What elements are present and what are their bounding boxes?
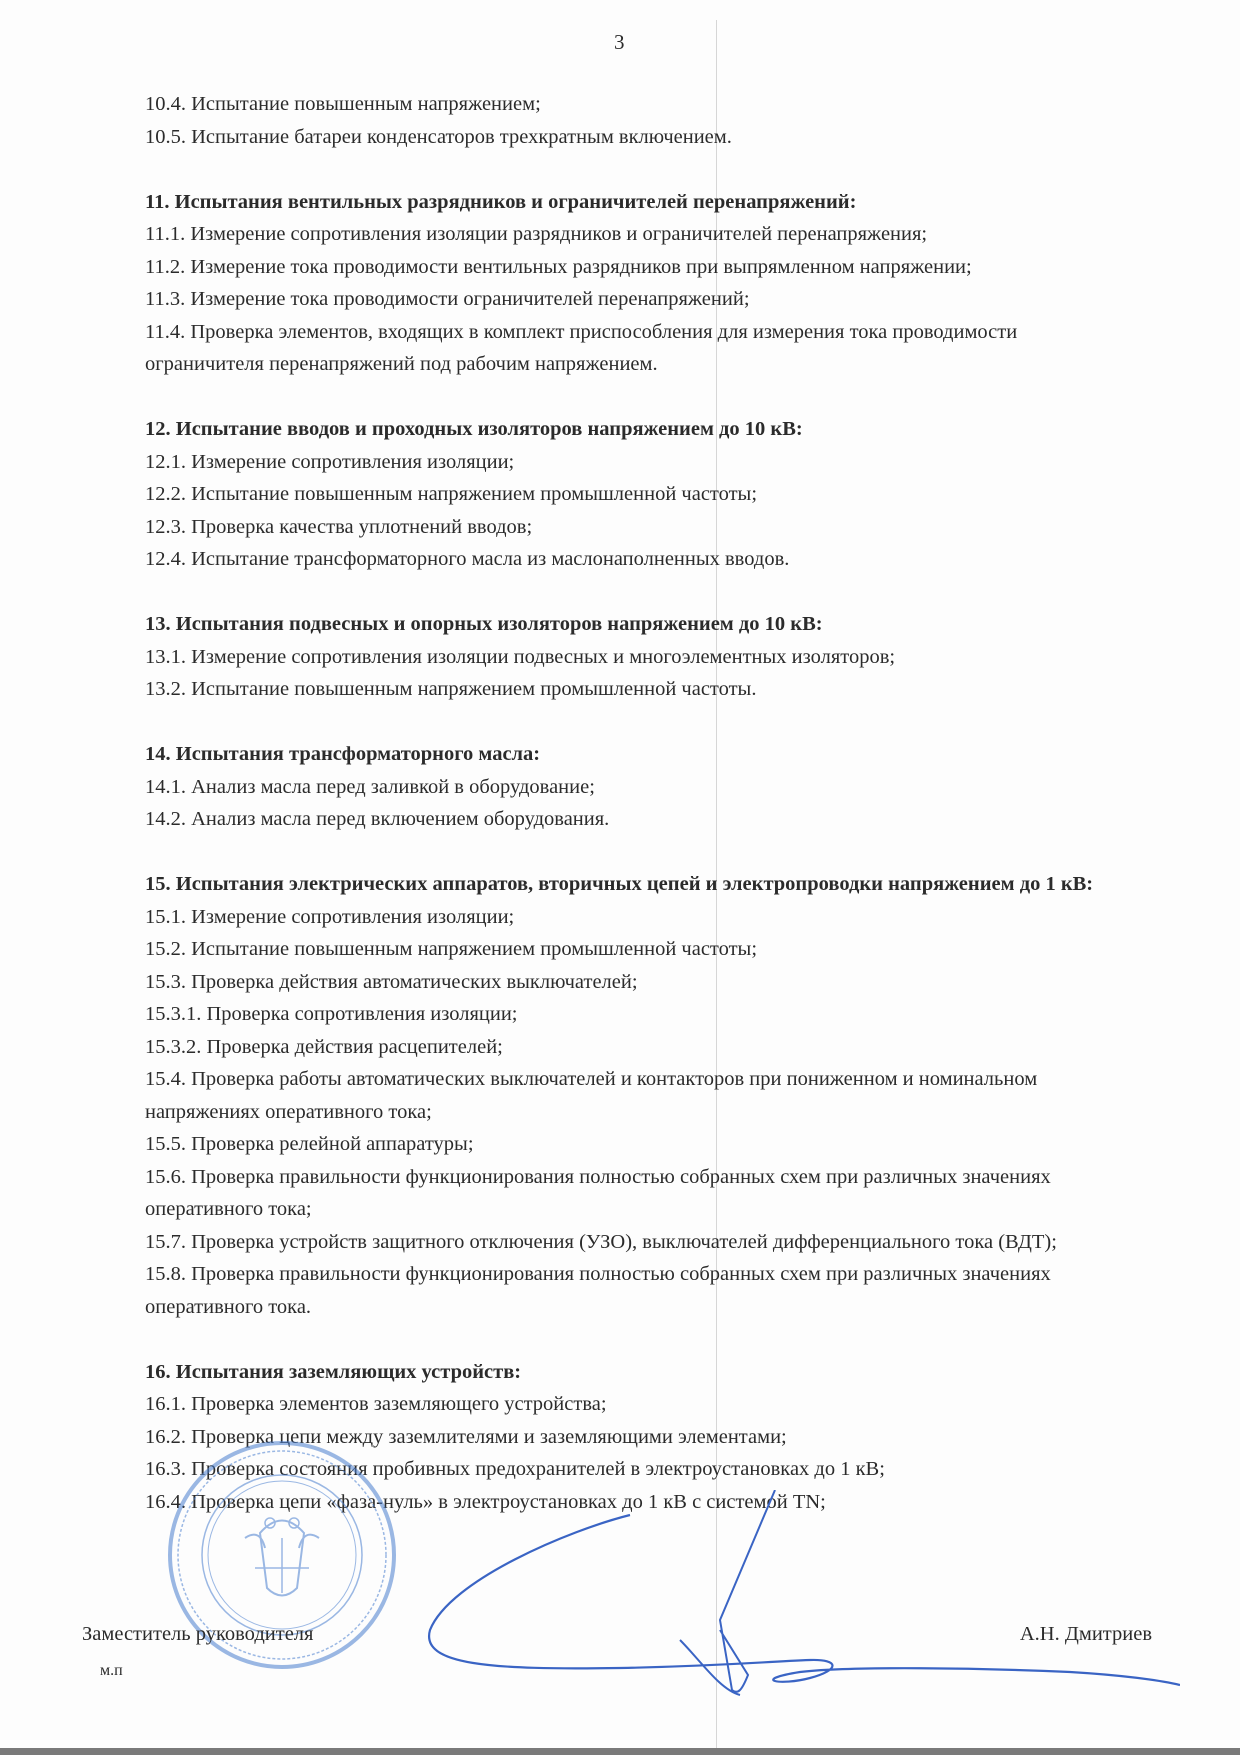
signatory-name: А.Н. Дмитриев <box>1020 1623 1152 1646</box>
section-14: 14. Испытания трансформаторного масла: 1… <box>145 738 1135 836</box>
list-item: 15.3.1. Проверка сопротивления изоляции; <box>145 998 1135 1031</box>
section-heading: 16. Испытания заземляющих устройств: <box>145 1356 1135 1389</box>
section-heading: 11. Испытания вентильных разрядников и о… <box>145 186 1135 219</box>
list-item: 11.2. Измерение тока проводимости вентил… <box>145 251 1135 284</box>
list-item: 11.4. Проверка элементов, входящих в ком… <box>145 316 1135 381</box>
list-item: 14.2. Анализ масла перед включением обор… <box>145 803 1135 836</box>
page-number: 3 <box>614 30 625 55</box>
signature-icon <box>420 1490 1180 1700</box>
list-item: 15.2. Испытание повышенным напряжением п… <box>145 933 1135 966</box>
section-heading: 15. Испытания электрических аппаратов, в… <box>145 868 1135 901</box>
list-item: 11.1. Измерение сопротивления изоляции р… <box>145 218 1135 251</box>
section-11: 11. Испытания вентильных разрядников и о… <box>145 186 1135 381</box>
list-item: 12.2. Испытание повышенным напряжением п… <box>145 478 1135 511</box>
list-item: 15.3. Проверка действия автоматических в… <box>145 966 1135 999</box>
document-page: 3 10.4. Испытание повышенным напряжением… <box>0 0 1240 1748</box>
signatory-position: Заместитель руководителя <box>82 1623 313 1646</box>
list-item: 15.7. Проверка устройств защитного отклю… <box>145 1226 1135 1259</box>
section-15: 15. Испытания электрических аппаратов, в… <box>145 868 1135 1323</box>
section-12: 12. Испытание вводов и проходных изолято… <box>145 413 1135 576</box>
list-item: 15.1. Измерение сопротивления изоляции; <box>145 901 1135 934</box>
list-item: 16.1. Проверка элементов заземляющего ус… <box>145 1388 1135 1421</box>
list-item: 14.1. Анализ масла перед заливкой в обор… <box>145 771 1135 804</box>
list-item: 12.1. Измерение сопротивления изоляции; <box>145 446 1135 479</box>
list-item: 11.3. Измерение тока проводимости ограни… <box>145 283 1135 316</box>
section-10: 10.4. Испытание повышенным напряжением; … <box>145 88 1135 153</box>
document-body: 10.4. Испытание повышенным напряжением; … <box>145 88 1135 1518</box>
list-item: 12.4. Испытание трансформаторного масла … <box>145 543 1135 576</box>
scan-bottom-edge <box>0 1748 1240 1755</box>
section-heading: 13. Испытания подвесных и опорных изолят… <box>145 608 1135 641</box>
section-heading: 14. Испытания трансформаторного масла: <box>145 738 1135 771</box>
section-13: 13. Испытания подвесных и опорных изолят… <box>145 608 1135 706</box>
list-item: 15.3.2. Проверка действия расцепителей; <box>145 1031 1135 1064</box>
list-item: 15.5. Проверка релейной аппаратуры; <box>145 1128 1135 1161</box>
stamp-place-label: м.п <box>100 1662 123 1680</box>
list-item: 13.2. Испытание повышенным напряжением п… <box>145 673 1135 706</box>
list-item: 15.6. Проверка правильности функциониров… <box>145 1161 1135 1226</box>
section-heading: 12. Испытание вводов и проходных изолято… <box>145 413 1135 446</box>
list-item: 10.4. Испытание повышенным напряжением; <box>145 88 1135 121</box>
list-item: 15.4. Проверка работы автоматических вык… <box>145 1063 1135 1128</box>
list-item: 15.8. Проверка правильности функциониров… <box>145 1258 1135 1323</box>
list-item: 10.5. Испытание батареи конденсаторов тр… <box>145 121 1135 154</box>
list-item: 12.3. Проверка качества уплотнений вводо… <box>145 511 1135 544</box>
list-item: 13.1. Измерение сопротивления изоляции п… <box>145 641 1135 674</box>
